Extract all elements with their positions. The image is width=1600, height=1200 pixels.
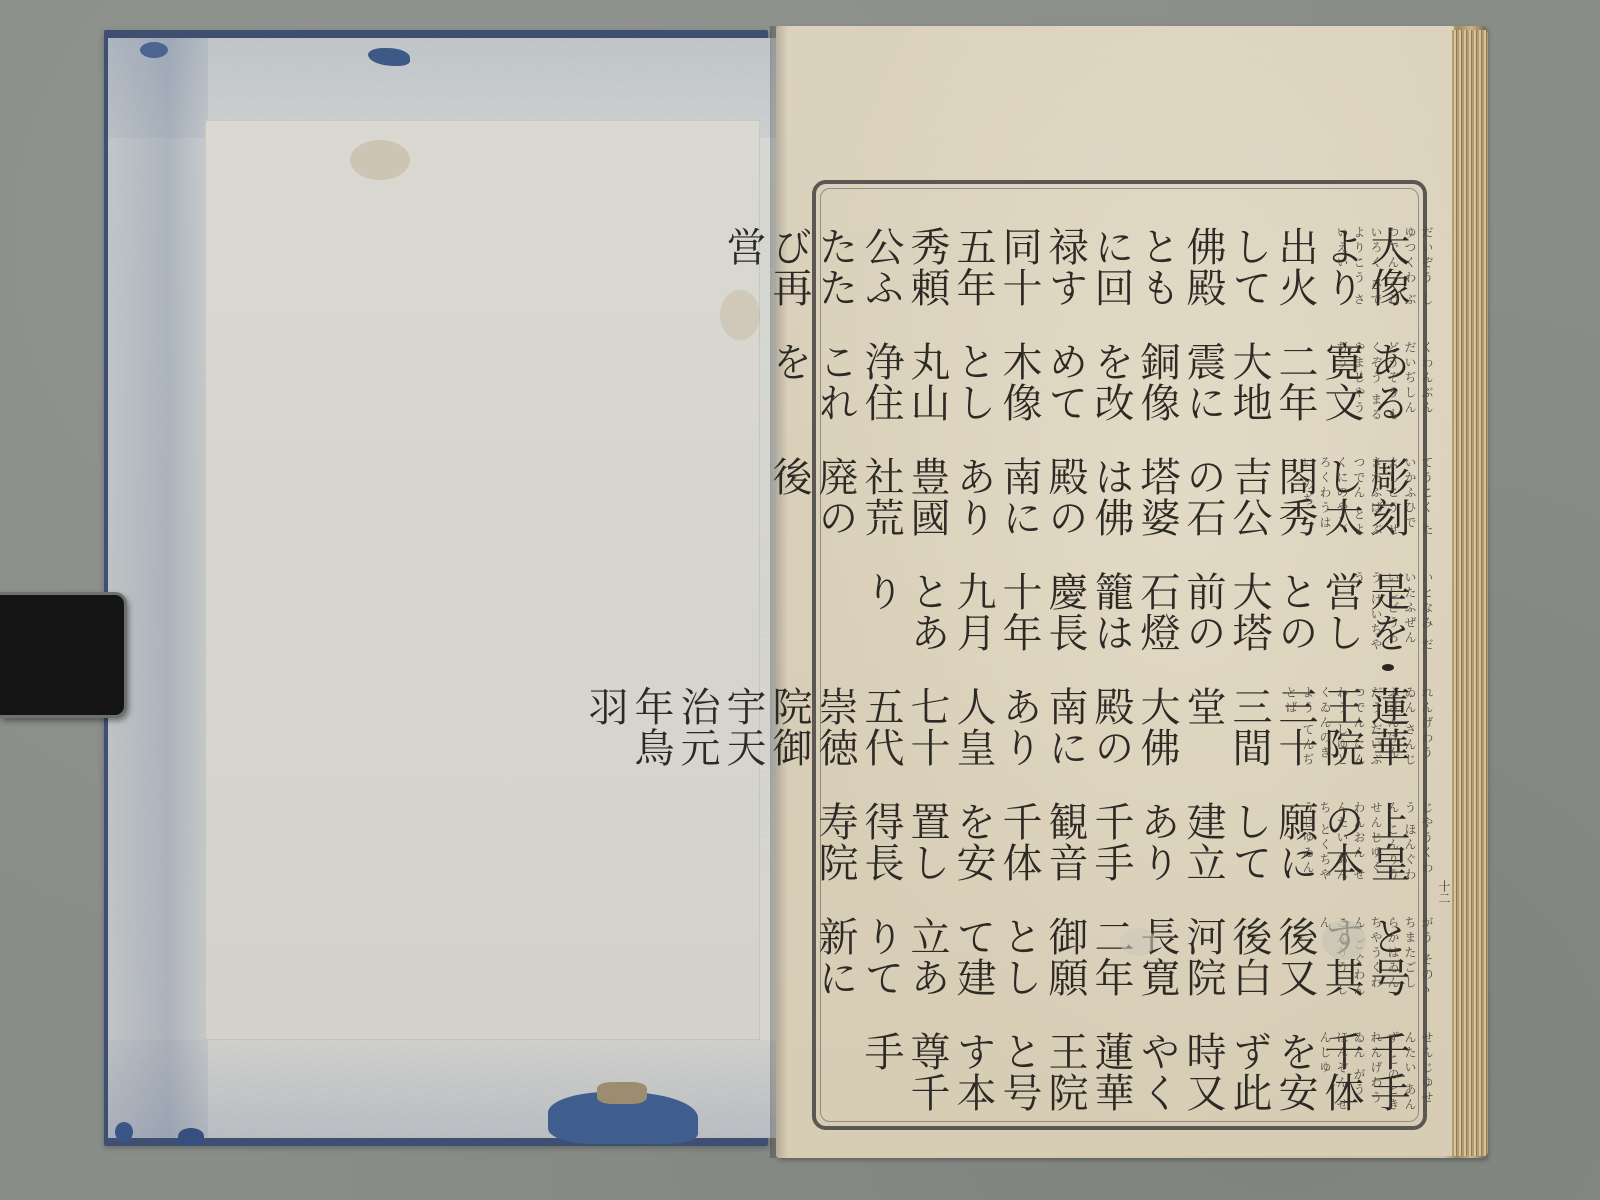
- cover-tear: [115, 1122, 133, 1142]
- ink-spot: [1382, 664, 1394, 671]
- gutter-shadow: [770, 26, 788, 1158]
- water-stain: [1322, 920, 1366, 960]
- brown-patch: [597, 1082, 647, 1104]
- binder-clip: [0, 592, 127, 718]
- vertical-text-block: 大像より出火して佛殿ともに回禄す同十五年秀頼公ふたたび再営 だいぞう しゆつくわ…: [826, 196, 1416, 1116]
- page-fore-edge: [1452, 30, 1488, 1156]
- cover-bleed-left: [108, 38, 208, 1138]
- water-stain: [1120, 928, 1156, 956]
- foxing-stain: [350, 140, 410, 180]
- furigana: てうこく たいかふひでよしこう せきたふば ぶつでん とよくにのやしろくわうはい…: [1300, 456, 1436, 541]
- column-text: 大像より出火して佛殿ともに回禄す同十五年秀頼公ふたたび再営: [720, 226, 1410, 311]
- text-column: 千手千体を安ず此時又やく蓮華王院と号す本尊千手 せんじゆせんたい あんず このと…: [1348, 1001, 1416, 1116]
- text-column: 彫刻し太閤秀吉公の石塔婆は佛殿の南にあり豊國社荒廃の後 てうこく たいかふひでよ…: [1348, 426, 1416, 541]
- furigana: れんげわうゐん さんじふさんげんだう だいぶつでん にんわう しゆとくゐんのぎよ…: [1283, 686, 1436, 771]
- cover-tear: [140, 42, 168, 58]
- text-column: 大像より出火して佛殿ともに回禄す同十五年秀頼公ふたたび再営 だいぞう しゆつくわ…: [1348, 196, 1416, 311]
- text-column: 是を営しとの大塔前の石燈籠は慶長十年九月とあり いとなみ だいたふぜん いしどう…: [1348, 541, 1416, 656]
- furigana: じやうくわう ほんぐわん こんりう せんじゆくわんおん せんたい あんち とくち…: [1300, 801, 1436, 886]
- text-column: 上皇の本願にして建立あり千手観音千体を安置し得長寿院 じやうくわう ほんぐわん …: [1348, 771, 1416, 886]
- cover-tear: [178, 1128, 204, 1144]
- furigana: だいぞう しゆつくわ ぶつでん くわいろく ひでよりこう さいえい: [1334, 226, 1436, 311]
- furigana: いとなみ だいたふぜん いしどうろう けいちやう: [1351, 571, 1436, 656]
- column-text: 是を営しとの大塔前の石燈籠は慶長十年九月とあり: [858, 571, 1410, 656]
- furigana: せんじゆせんたい あんず このとき れんげわうゐん がう ほんぞん せんじゆ: [1317, 1031, 1436, 1116]
- left-inner-sheet: [205, 120, 760, 1040]
- folio-marker: 十二: [1436, 880, 1453, 904]
- column-text: ある寛文二年大地震に銅像を改めて木像とし丸山浄住これを: [766, 341, 1410, 426]
- furigana: くわんぶん だいぢしん どうぞう もくぞう まるやまじやうぢう: [1334, 341, 1436, 426]
- text-column: ある寛文二年大地震に銅像を改めて木像とし丸山浄住これを くわんぶん だいぢしん …: [1348, 311, 1416, 426]
- text-column: 蓮華王院三十三間堂 大佛殿の南にあり 人皇七十五代崇徳院御宇天治元年鳥羽 れんげ…: [1348, 656, 1416, 771]
